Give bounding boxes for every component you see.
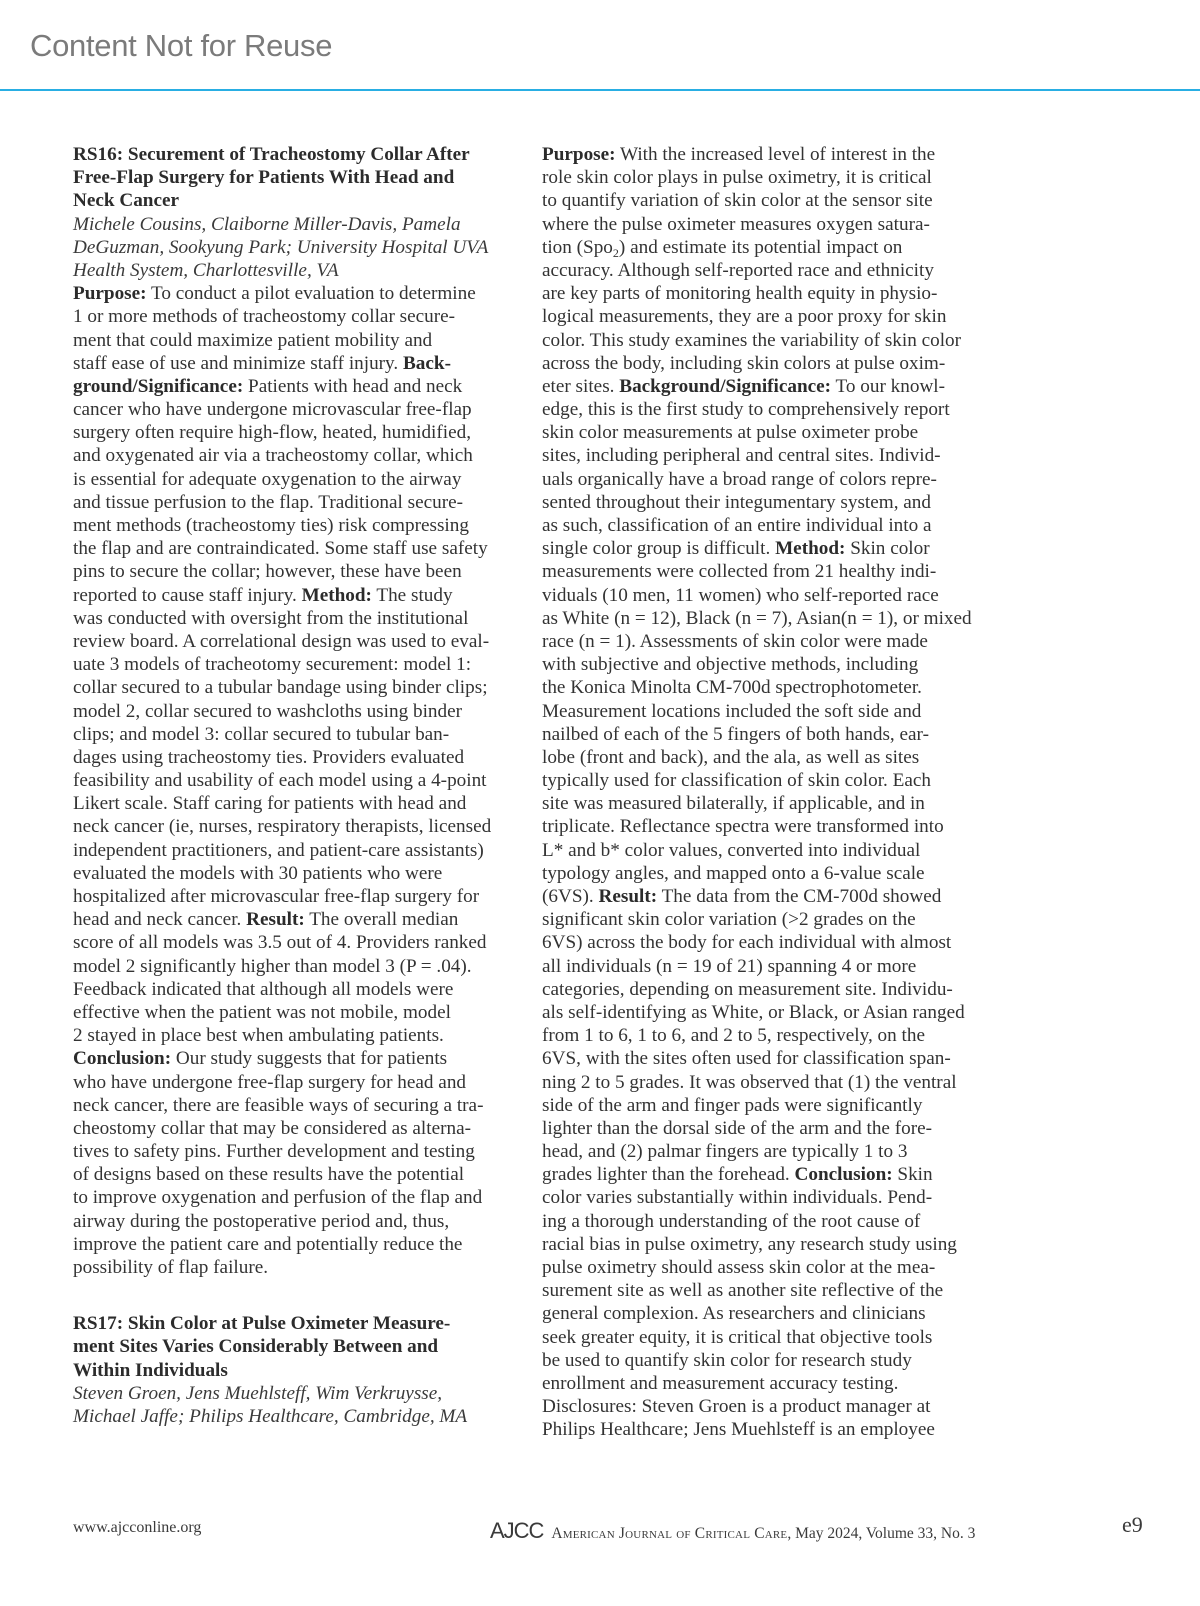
- abstract-text: airway during the postoperative period a…: [73, 1211, 449, 1232]
- abstract-line: triplicate. Reflectance spectra were tra…: [542, 815, 992, 838]
- journal-name: American Journal of Critical Care: [551, 1525, 787, 1542]
- abstract-text: typology angles, and mapped onto a 6-val…: [542, 863, 925, 884]
- abstract-text: score of all models was 3.5 out of 4. Pr…: [73, 932, 487, 953]
- abstract-line: the flap and are contraindicated. Some s…: [73, 537, 523, 560]
- abstract-text: head and neck cancer.: [73, 909, 246, 930]
- abstract-line: 6VS) across the body for each individual…: [542, 931, 992, 954]
- abstract-line: color. This study examines the variabili…: [542, 329, 992, 352]
- section-label: Background/Significance:: [619, 376, 831, 397]
- abstract-text: surgery often require high-flow, heated,…: [73, 422, 471, 443]
- abstract-line: ing a thorough understanding of the root…: [542, 1210, 992, 1233]
- abstract-line: ground/Significance: Patients with head …: [73, 375, 523, 398]
- abstract-text: Patients with head and neck: [243, 376, 462, 397]
- abstract-text: side of the arm and finger pads were sig…: [542, 1095, 922, 1116]
- section-label: Back-: [403, 353, 451, 374]
- abstract-text: and tissue perfusion to the flap. Tradit…: [73, 492, 463, 513]
- abstract-line: enrollment and measurement accuracy test…: [542, 1372, 992, 1395]
- abstract-text: To our knowl-: [831, 376, 945, 397]
- abstract-text: race (n = 1). Assessments of skin color …: [542, 631, 928, 652]
- abstract-line: pins to secure the collar; however, thes…: [73, 560, 523, 583]
- abstract-line: role skin color plays in pulse oximetry,…: [542, 166, 992, 189]
- abstract-text: L* and b* color values, converted into i…: [542, 840, 920, 861]
- section-label: Result:: [246, 909, 305, 930]
- section-label: Conclusion:: [73, 1048, 171, 1069]
- abstract-text: independent practitioners, and patient-c…: [73, 840, 484, 861]
- abstract-line: independent practitioners, and patient-c…: [73, 839, 523, 862]
- abstract-line: effective when the patient was not mobil…: [73, 1001, 523, 1024]
- abstract-text: logical measurements, they are a poor pr…: [542, 306, 946, 327]
- abstract-text: collar secured to a tubular bandage usin…: [73, 677, 488, 698]
- section-label: Method:: [775, 538, 845, 559]
- abstract-line: categories, depending on measurement sit…: [542, 978, 992, 1001]
- abstract-line: skin color measurements at pulse oximete…: [542, 421, 992, 444]
- abstract-line: to quantify variation of skin color at t…: [542, 189, 992, 212]
- abstract-line: hospitalized after microvascular free-fl…: [73, 885, 523, 908]
- abstract-text: 2 stayed in place best when ambulating p…: [73, 1025, 444, 1046]
- abstract-text: measurements were collected from 21 heal…: [542, 561, 936, 582]
- abstract-text: as White (n = 12), Black (n = 7), Asian(…: [542, 608, 972, 629]
- abstract-line: tion (Spo2) and estimate its potential i…: [542, 236, 992, 259]
- abstract-text: 1 or more methods of tracheostomy collar…: [73, 306, 455, 327]
- abstract-text: Philips Healthcare; Jens Muehlsteff is a…: [542, 1419, 935, 1440]
- abstract-text: Skin color: [845, 538, 929, 559]
- abstract-line: uals organically have a broad range of c…: [542, 468, 992, 491]
- abstract-text: Measurement locations included the soft …: [542, 701, 921, 722]
- abstract-text: effective when the patient was not mobil…: [73, 1002, 451, 1023]
- section-label: Purpose:: [542, 144, 616, 165]
- abstract-line: with subjective and objective methods, i…: [542, 653, 992, 676]
- abstract-line: als self-identifying as White, or Black,…: [542, 1001, 992, 1024]
- abstract-text: enrollment and measurement accuracy test…: [542, 1373, 898, 1394]
- author-line: Steven Groen, Jens Muehlsteff, Wim Verkr…: [73, 1382, 523, 1405]
- ajcc-logo: AJCC: [490, 1518, 543, 1543]
- rs17-abstract: Purpose: With the increased level of int…: [542, 143, 992, 1442]
- abstract-text: model 2 significantly higher than model …: [73, 956, 472, 977]
- abstract-line: nailbed of each of the 5 fingers of both…: [542, 723, 992, 746]
- abstract-line: racial bias in pulse oximetry, any resea…: [542, 1233, 992, 1256]
- abstract-text: als self-identifying as White, or Black,…: [542, 1002, 965, 1023]
- content-not-for-reuse-label: Content Not for Reuse: [30, 28, 332, 64]
- abstract-line: site was measured bilaterally, if applic…: [542, 792, 992, 815]
- abstract-line: to improve oxygenation and perfusion of …: [73, 1186, 523, 1209]
- abstract-line: reported to cause staff injury. Method: …: [73, 584, 523, 607]
- abstract-line: Measurement locations included the soft …: [542, 700, 992, 723]
- author-line: Michael Jaffe; Philips Healthcare, Cambr…: [73, 1405, 523, 1428]
- abstract-line: all individuals (n = 19 of 21) spanning …: [542, 955, 992, 978]
- abstract-line: clips; and model 3: collar secured to tu…: [73, 723, 523, 746]
- abstract-text: single color group is difficult.: [542, 538, 775, 559]
- abstract-line: lighter than the dorsal side of the arm …: [542, 1117, 992, 1140]
- abstract-line: as White (n = 12), Black (n = 7), Asian(…: [542, 607, 992, 630]
- section-label: Conclusion:: [795, 1164, 893, 1185]
- abstract-line: who have undergone free-flap surgery for…: [73, 1071, 523, 1094]
- section-label: Method:: [302, 585, 372, 606]
- abstract-line: accuracy. Although self-reported race an…: [542, 259, 992, 282]
- abstract-line: tives to safety pins. Further developmen…: [73, 1140, 523, 1163]
- abstract-line: Disclosures: Steven Groen is a product m…: [542, 1395, 992, 1418]
- abstract-line: collar secured to a tubular bandage usin…: [73, 676, 523, 699]
- abstract-line: (6VS). Result: The data from the CM-700d…: [542, 885, 992, 908]
- abstract-text: lobe (front and back), and the ala, as w…: [542, 747, 919, 768]
- abstract-text: seek greater equity, it is critical that…: [542, 1327, 932, 1348]
- abstract-line: L* and b* color values, converted into i…: [542, 839, 992, 862]
- abstract-text: Our study suggests that for patients: [171, 1048, 447, 1069]
- abstract-text: neck cancer, there are feasible ways of …: [73, 1095, 483, 1116]
- abstract-line: sented throughout their integumentary sy…: [542, 491, 992, 514]
- rs17-title: RS17: Skin Color at Pulse Oximeter Measu…: [73, 1312, 523, 1382]
- abstract-text: to improve oxygenation and perfusion of …: [73, 1187, 482, 1208]
- abstract-text: staff ease of use and minimize staff inj…: [73, 353, 403, 374]
- abstract-line: cheostomy collar that may be considered …: [73, 1117, 523, 1140]
- abstract-line: evaluated the models with 30 patients wh…: [73, 862, 523, 885]
- abstract-text: the flap and are contraindicated. Some s…: [73, 538, 488, 559]
- journal-website-link[interactable]: www.ajcconline.org: [73, 1519, 201, 1537]
- right-column: Purpose: With the increased level of int…: [542, 143, 992, 1442]
- abstract-line: surgery often require high-flow, heated,…: [73, 421, 523, 444]
- abstract-line: airway during the postoperative period a…: [73, 1210, 523, 1233]
- abstract-line: pulse oximetry should assess skin color …: [542, 1256, 992, 1279]
- author-line: Health System, Charlottesville, VA: [73, 259, 523, 282]
- abstract-text: general complexion. As researchers and c…: [542, 1303, 926, 1324]
- abstract-text: clips; and model 3: collar secured to tu…: [73, 724, 449, 745]
- abstract-text: who have undergone free-flap surgery for…: [73, 1072, 466, 1093]
- abstract-line: color varies substantially within indivi…: [542, 1186, 992, 1209]
- abstract-line: seek greater equity, it is critical that…: [542, 1326, 992, 1349]
- abstract-line: possibility of flap failure.: [73, 1256, 523, 1279]
- rs16-abstract: Purpose: To conduct a pilot evaluation t…: [73, 282, 523, 1279]
- abstract-text: model 2, collar secured to washcloths us…: [73, 701, 462, 722]
- abstract-line: 2 stayed in place best when ambulating p…: [73, 1024, 523, 1047]
- abstract-text: cancer who have undergone microvascular …: [73, 399, 472, 420]
- abstract-line: improve the patient care and potentially…: [73, 1233, 523, 1256]
- abstract-line: head and neck cancer. Result: The overal…: [73, 908, 523, 931]
- abstract-text: typically used for classification of ski…: [542, 770, 931, 791]
- abstract-text: eter sites.: [542, 376, 619, 397]
- abstract-text: possibility of flap failure.: [73, 1257, 268, 1278]
- abstract-line: sites, including peripheral and central …: [542, 444, 992, 467]
- journal-citation: AJCC American Journal of Critical Care, …: [490, 1518, 975, 1544]
- title-line: RS16: Securement of Tracheostomy Collar …: [73, 143, 523, 166]
- section-label: Purpose:: [73, 283, 147, 304]
- abstract-line: where the pulse oximeter measures oxygen…: [542, 213, 992, 236]
- abstract-text: significant skin color variation (>2 gra…: [542, 909, 916, 930]
- abstract-line: race (n = 1). Assessments of skin color …: [542, 630, 992, 653]
- abstract-text: are key parts of monitoring health equit…: [542, 283, 937, 304]
- abstract-text: where the pulse oximeter measures oxygen…: [542, 214, 930, 235]
- abstract-text: to quantify variation of skin color at t…: [542, 190, 933, 211]
- abstract-line: lobe (front and back), and the ala, as w…: [542, 746, 992, 769]
- abstract-text: edge, this is the first study to compreh…: [542, 399, 950, 420]
- rs16-authors: Michele Cousins, Claiborne Miller-Davis,…: [73, 213, 523, 283]
- abstract-line: head, and (2) palmar fingers are typical…: [542, 1140, 992, 1163]
- abstract-text: triplicate. Reflectance spectra were tra…: [542, 816, 944, 837]
- abstract-text: color. This study examines the variabili…: [542, 330, 961, 351]
- abstract-text: evaluated the models with 30 patients wh…: [73, 863, 442, 884]
- abstract-text: is essential for adequate oxygenation to…: [73, 469, 461, 490]
- abstract-text: With the increased level of interest in …: [616, 144, 936, 165]
- abstract-line: be used to quantify skin color for resea…: [542, 1349, 992, 1372]
- abstract-line: model 2, collar secured to washcloths us…: [73, 700, 523, 723]
- issue-info: , May 2024, Volume 33, No. 3: [787, 1525, 975, 1542]
- abstract-line: ning 2 to 5 grades. It was observed that…: [542, 1071, 992, 1094]
- section-label: ground/Significance:: [73, 376, 243, 397]
- abstract-text: Skin: [893, 1164, 933, 1185]
- abstract-line: dages using tracheostomy ties. Providers…: [73, 746, 523, 769]
- abstract-line: model 2 significantly higher than model …: [73, 955, 523, 978]
- abstract-text: viduals (10 men, 11 women) who self-repo…: [542, 585, 939, 606]
- abstract-text: was conducted with oversight from the in…: [73, 608, 468, 629]
- abstract-text: review board. A correlational design was…: [73, 631, 489, 652]
- abstract-text: racial bias in pulse oximetry, any resea…: [542, 1234, 957, 1255]
- abstract-text: uals organically have a broad range of c…: [542, 469, 937, 490]
- abstract-text: tives to safety pins. Further developmen…: [73, 1141, 475, 1162]
- abstract-text: ment that could maximize patient mobilit…: [73, 330, 432, 351]
- abstract-text: reported to cause staff injury.: [73, 585, 302, 606]
- title-line: ment Sites Varies Considerably Between a…: [73, 1335, 523, 1358]
- abstract-line: typology angles, and mapped onto a 6-val…: [542, 862, 992, 885]
- rs16-title: RS16: Securement of Tracheostomy Collar …: [73, 143, 523, 213]
- abstract-text: site was measured bilaterally, if applic…: [542, 793, 925, 814]
- banner-divider: [0, 89, 1200, 91]
- abstract-line: of designs based on these results have t…: [73, 1163, 523, 1186]
- abstract-line: score of all models was 3.5 out of 4. Pr…: [73, 931, 523, 954]
- abstract-text: feasibility and usability of each model …: [73, 770, 487, 791]
- abstract-text: To conduct a pilot evaluation to determi…: [147, 283, 476, 304]
- left-column: RS16: Securement of Tracheostomy Collar …: [73, 143, 523, 1428]
- abstract-text: The overall median: [305, 909, 459, 930]
- abstract-text: sites, including peripheral and central …: [542, 445, 941, 466]
- abstract-line: eter sites. Background/Significance: To …: [542, 375, 992, 398]
- abstract-text: uate 3 models of tracheotomy securement:…: [73, 654, 471, 675]
- abstract-line: Likert scale. Staff caring for patients …: [73, 792, 523, 815]
- author-line: Michele Cousins, Claiborne Miller-Davis,…: [73, 213, 523, 236]
- title-line: Within Individuals: [73, 1359, 523, 1382]
- abstract-text: (6VS).: [542, 886, 599, 907]
- abstract-line: Feedback indicated that although all mod…: [73, 978, 523, 1001]
- abstract-text: neck cancer (ie, nurses, respiratory the…: [73, 816, 491, 837]
- abstract-text: ning 2 to 5 grades. It was observed that…: [542, 1072, 957, 1093]
- abstract-text: the Konica Minolta CM-700d spectrophotom…: [542, 677, 922, 698]
- abstract-line: 1 or more methods of tracheostomy collar…: [73, 305, 523, 328]
- abstract-text: accuracy. Although self-reported race an…: [542, 260, 934, 281]
- abstract-line: edge, this is the first study to compreh…: [542, 398, 992, 421]
- abstract-line: side of the arm and finger pads were sig…: [542, 1094, 992, 1117]
- abstract-text: grades lighter than the forehead.: [542, 1164, 795, 1185]
- title-line: Neck Cancer: [73, 189, 523, 212]
- abstract-line: feasibility and usability of each model …: [73, 769, 523, 792]
- abstract-line: are key parts of monitoring health equit…: [542, 282, 992, 305]
- abstract-text: of designs based on these results have t…: [73, 1164, 464, 1185]
- abstract-line: was conducted with oversight from the in…: [73, 607, 523, 630]
- rs17-authors: Steven Groen, Jens Muehlsteff, Wim Verkr…: [73, 1382, 523, 1428]
- abstract-text: hospitalized after microvascular free-fl…: [73, 886, 479, 907]
- abstract-text: all individuals (n = 19 of 21) spanning …: [542, 956, 916, 977]
- abstract-text: ing a thorough understanding of the root…: [542, 1211, 920, 1232]
- abstract-line: measurements were collected from 21 heal…: [542, 560, 992, 583]
- abstract-text: 6VS, with the sites often used for class…: [542, 1048, 951, 1069]
- abstract-line: significant skin color variation (>2 gra…: [542, 908, 992, 931]
- abstract-text: The data from the CM-700d showed: [657, 886, 941, 907]
- abstract-text: be used to quantify skin color for resea…: [542, 1350, 912, 1371]
- abstract-line: Conclusion: Our study suggests that for …: [73, 1047, 523, 1070]
- abstract-line: viduals (10 men, 11 women) who self-repo…: [542, 584, 992, 607]
- abstract-line: single color group is difficult. Method:…: [542, 537, 992, 560]
- abstract-text: and oxygenated air via a tracheostomy co…: [73, 445, 473, 466]
- abstract-line: cancer who have undergone microvascular …: [73, 398, 523, 421]
- abstract-line: ment that could maximize patient mobilit…: [73, 329, 523, 352]
- abstract-text: cheostomy collar that may be considered …: [73, 1118, 471, 1139]
- abstract-text: lighter than the dorsal side of the arm …: [542, 1118, 932, 1139]
- abstract-text: across the body, including skin colors a…: [542, 353, 945, 374]
- title-line: RS17: Skin Color at Pulse Oximeter Measu…: [73, 1312, 523, 1335]
- abstract-text: as such, classification of an entire ind…: [542, 515, 932, 536]
- author-line: DeGuzman, Sookyung Park; University Hosp…: [73, 236, 523, 259]
- abstract-line: neck cancer, there are feasible ways of …: [73, 1094, 523, 1117]
- abstract-line: from 1 to 6, 1 to 6, and 2 to 5, respect…: [542, 1024, 992, 1047]
- abstract-line: as such, classification of an entire ind…: [542, 514, 992, 537]
- abstract-line: review board. A correlational design was…: [73, 630, 523, 653]
- abstract-line: across the body, including skin colors a…: [542, 352, 992, 375]
- abstract-line: Purpose: With the increased level of int…: [542, 143, 992, 166]
- page-number: e9: [1122, 1512, 1143, 1538]
- abstract-text: Disclosures: Steven Groen is a product m…: [542, 1396, 930, 1417]
- abstract-text: Feedback indicated that although all mod…: [73, 979, 453, 1000]
- abstract-text: nailbed of each of the 5 fingers of both…: [542, 724, 929, 745]
- abstract-line: general complexion. As researchers and c…: [542, 1302, 992, 1325]
- abstract-text: skin color measurements at pulse oximete…: [542, 422, 918, 443]
- abstract-text: The study: [372, 585, 453, 606]
- abstract-text: 6VS) across the body for each individual…: [542, 932, 951, 953]
- abstract-line: the Konica Minolta CM-700d spectrophotom…: [542, 676, 992, 699]
- abstract-line: and oxygenated air via a tracheostomy co…: [73, 444, 523, 467]
- abstract-text: tion (Spo: [542, 237, 613, 258]
- abstract-text: color varies substantially within indivi…: [542, 1187, 932, 1208]
- abstract-line: ment methods (tracheostomy ties) risk co…: [73, 514, 523, 537]
- abstract-line: is essential for adequate oxygenation to…: [73, 468, 523, 491]
- abstract-line: grades lighter than the forehead. Conclu…: [542, 1163, 992, 1186]
- section-label: Result:: [599, 886, 658, 907]
- abstract-text: ) and estimate its potential impact on: [619, 237, 902, 258]
- abstract-text: ment methods (tracheostomy ties) risk co…: [73, 515, 469, 536]
- abstract-text: dages using tracheostomy ties. Providers…: [73, 747, 464, 768]
- abstract-text: pins to secure the collar; however, thes…: [73, 561, 462, 582]
- abstract-text: improve the patient care and potentially…: [73, 1234, 462, 1255]
- abstract-line: logical measurements, they are a poor pr…: [542, 305, 992, 328]
- abstract-line: and tissue perfusion to the flap. Tradit…: [73, 491, 523, 514]
- abstract-text: head, and (2) palmar fingers are typical…: [542, 1141, 908, 1162]
- abstract-line: surement site as well as another site re…: [542, 1279, 992, 1302]
- abstract-line: staff ease of use and minimize staff inj…: [73, 352, 523, 375]
- abstract-text: Likert scale. Staff caring for patients …: [73, 793, 466, 814]
- abstract-line: 6VS, with the sites often used for class…: [542, 1047, 992, 1070]
- abstract-line: Purpose: To conduct a pilot evaluation t…: [73, 282, 523, 305]
- abstract-text: with subjective and objective methods, i…: [542, 654, 918, 675]
- abstract-line: Philips Healthcare; Jens Muehlsteff is a…: [542, 1418, 992, 1441]
- abstract-text: categories, depending on measurement sit…: [542, 979, 953, 1000]
- abstract-text: surement site as well as another site re…: [542, 1280, 943, 1301]
- abstract-line: typically used for classification of ski…: [542, 769, 992, 792]
- abstract-line: neck cancer (ie, nurses, respiratory the…: [73, 815, 523, 838]
- abstract-text: role skin color plays in pulse oximetry,…: [542, 167, 932, 188]
- title-line: Free-Flap Surgery for Patients With Head…: [73, 166, 523, 189]
- abstract-text: from 1 to 6, 1 to 6, and 2 to 5, respect…: [542, 1025, 925, 1046]
- abstract-line: uate 3 models of tracheotomy securement:…: [73, 653, 523, 676]
- abstract-text: sented throughout their integumentary sy…: [542, 492, 931, 513]
- content-banner: Content Not for Reuse: [0, 0, 1200, 92]
- abstract-text: pulse oximetry should assess skin color …: [542, 1257, 935, 1278]
